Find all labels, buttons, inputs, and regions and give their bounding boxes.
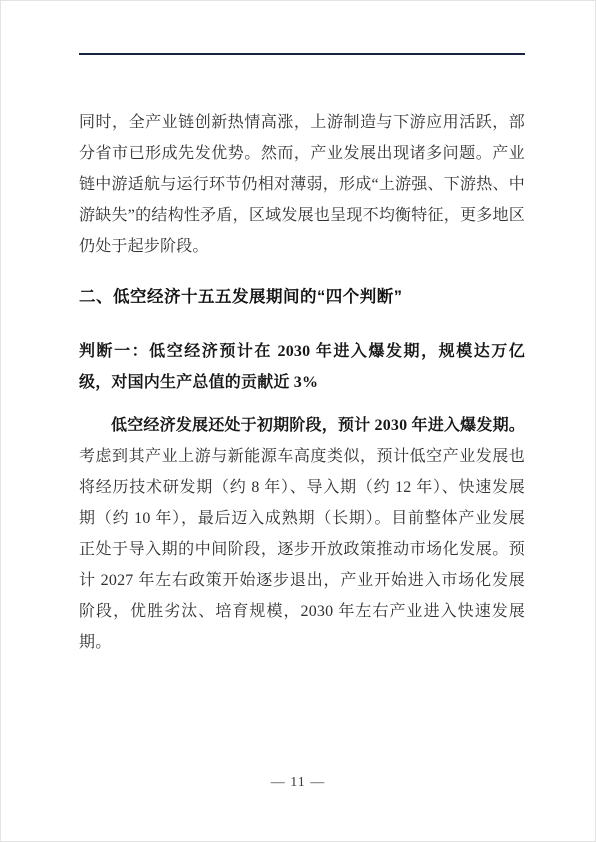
top-rule: [79, 53, 525, 55]
paragraph-judgment-detail: 低空经济发展还处于初期阶段，预计 2030 年进入爆发期。考虑到其产业上游与新能…: [79, 410, 525, 658]
judgment-lead-sentence: 低空经济发展还处于初期阶段，预计 2030 年进入爆发期。: [111, 417, 525, 434]
document-page: 同时，全产业链创新热情高涨，上游制造与下游应用活跃，部分省市已形成先发优势。然而…: [0, 0, 596, 842]
paragraph-intro: 同时，全产业链创新热情高涨，上游制造与下游应用活跃，部分省市已形成先发优势。然而…: [79, 107, 525, 262]
judgment-body-text: 考虑到其产业上游与新能源车高度类似，预计低空产业发展也将经历技术研发期（约 8 …: [79, 448, 525, 651]
section-heading: 二、低空经济十五五发展期间的“四个判断”: [79, 285, 525, 309]
document-content: 同时，全产业链创新热情高涨，上游制造与下游应用活跃，部分省市已形成先发优势。然而…: [79, 107, 525, 658]
judgment-heading: 判断一：低空经济预计在 2030 年进入爆发期，规模达万亿级，对国内生产总值的贡…: [79, 336, 525, 398]
page-number: — 11 —: [1, 775, 595, 791]
